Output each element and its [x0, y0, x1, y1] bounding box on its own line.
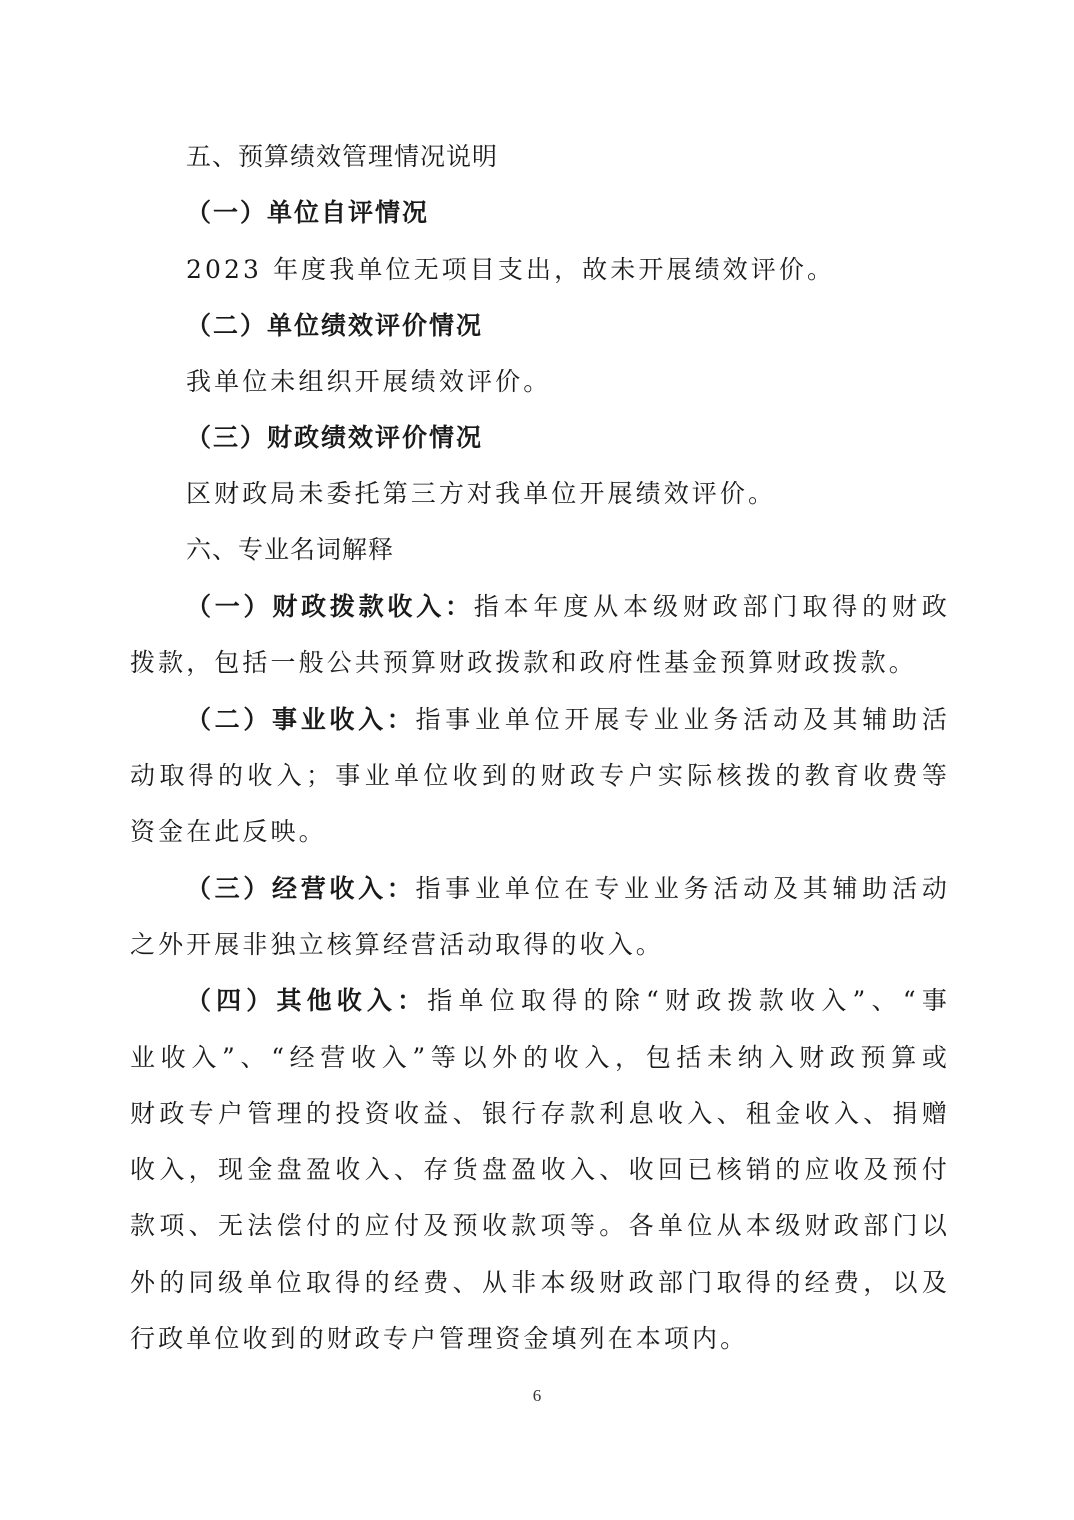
- term-definition-line: 外的同级单位取得的经费、从非本级财政部门取得的经费，以及: [130, 1263, 950, 1303]
- term-definition-line: 之外开展非独立核算经营活动取得的收入。: [130, 925, 950, 965]
- term-text: 指单位取得的除“财政拨款收入”、“事: [427, 986, 950, 1015]
- paragraph: 2023 年度我单位无项目支出，故未开展绩效评价。: [186, 250, 950, 290]
- term-label: （四）其他收入：: [186, 986, 427, 1015]
- term-definition-first-line: （四）其他收入：指单位取得的除“财政拨款收入”、“事: [186, 981, 950, 1021]
- term-definition-first-line: （二）事业收入：指事业单位开展专业业务活动及其辅助活: [186, 700, 950, 740]
- term-text: 指本年度从本级财政部门取得的财政: [474, 592, 950, 621]
- term-definition-first-line: （三）经营收入：指事业单位在专业业务活动及其辅助活动: [186, 869, 950, 909]
- term-definition-line: 款项、无法偿付的应付及预收款项等。各单位从本级财政部门以: [130, 1206, 950, 1246]
- document-page: 五、预算绩效管理情况说明 （一）单位自评情况 2023 年度我单位无项目支出，故…: [0, 0, 1074, 1520]
- paragraph: 我单位未组织开展绩效评价。: [186, 362, 950, 402]
- term-label: （二）事业收入：: [186, 705, 416, 734]
- paragraph: 区财政局未委托第三方对我单位开展绩效评价。: [186, 474, 950, 514]
- term-definition-line: 业收入”、“经营收入”等以外的收入，包括未纳入财政预算或: [130, 1038, 950, 1078]
- term-definition-line: 行政单位收到的财政专户管理资金填列在本项内。: [130, 1319, 950, 1359]
- subsection-heading: （一）单位自评情况: [186, 193, 950, 233]
- term-definition-line: 收入，现金盘盈收入、存货盘盈收入、收回已核销的应收及预付: [130, 1150, 950, 1190]
- term-definition-line: 资金在此反映。: [130, 812, 950, 852]
- subsection-heading: （三）财政绩效评价情况: [186, 418, 950, 458]
- term-text: 指事业单位在专业业务活动及其辅助活动: [416, 874, 950, 903]
- section-5-title: 五、预算绩效管理情况说明: [186, 137, 950, 177]
- term-text: 指事业单位开展专业业务活动及其辅助活: [416, 705, 950, 734]
- term-definition-line: 动取得的收入；事业单位收到的财政专户实际核拨的教育收费等: [130, 756, 950, 796]
- term-definition-first-line: （一）财政拨款收入：指本年度从本级财政部门取得的财政: [186, 587, 950, 627]
- term-definition-line: 财政专户管理的投资收益、银行存款利息收入、租金收入、捐赠: [130, 1094, 950, 1134]
- subsection-heading: （二）单位绩效评价情况: [186, 306, 950, 346]
- page-number: 6: [0, 1386, 1074, 1406]
- term-definition-line: 拨款，包括一般公共预算财政拨款和政府性基金预算财政拨款。: [130, 643, 950, 683]
- term-label: （一）财政拨款收入：: [186, 592, 474, 621]
- section-6-title: 六、专业名词解释: [186, 530, 950, 570]
- term-label: （三）经营收入：: [186, 874, 416, 903]
